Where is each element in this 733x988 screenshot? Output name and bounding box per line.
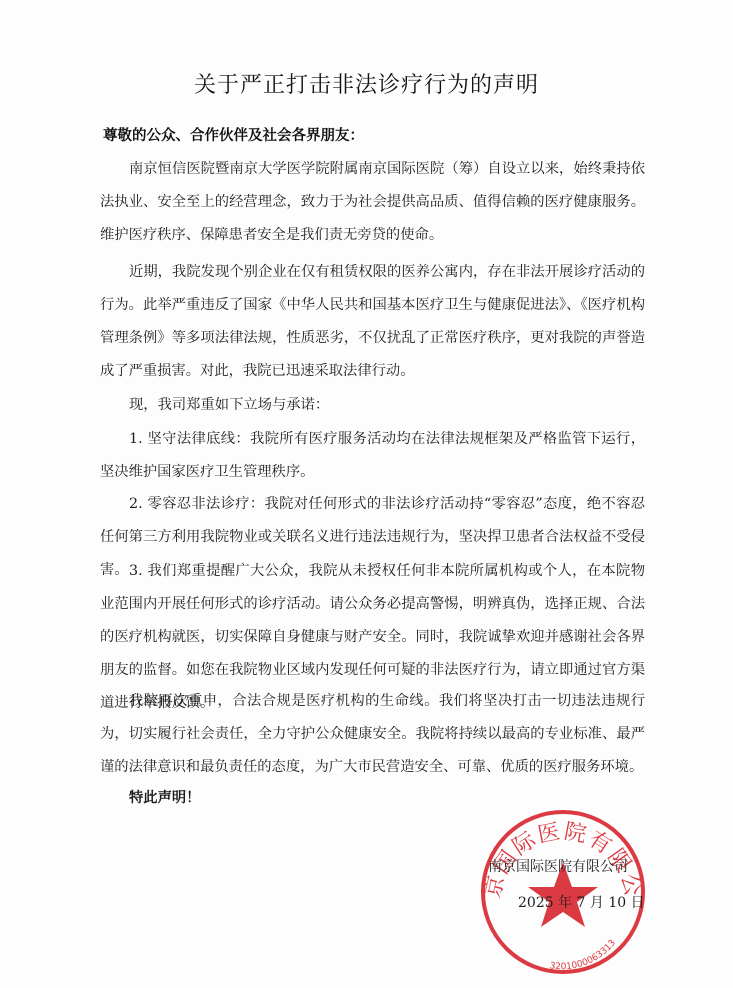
paragraph-incident: 近期，我院发现个别企业在仅有租赁权限的医养公寓内，存在非法开展诊疗活动的行为。此… xyxy=(100,256,645,388)
document-page: 关于严正打击非法诊疗行为的声明 尊敬的公众、合作伙伴及社会各界朋友： 南京恒信医… xyxy=(0,0,733,988)
salutation: 尊敬的公众、合作伙伴及社会各界朋友： xyxy=(103,124,364,145)
signature-company: 南京国际医院有限公司 xyxy=(488,856,628,876)
paragraph-reaffirm: 我院再次重申，合法合规是医疗机构的生命线。我们将坚决打击一切违法违规行为，切实履… xyxy=(100,685,645,784)
stamp-code: 3201000063313 xyxy=(549,938,618,972)
paragraph-point-1: 1. 坚守法律底线：我院所有医疗服务活动均在法律法规框架及严格监管下运行，坚决维… xyxy=(100,423,645,489)
document-title: 关于严正打击非法诊疗行为的声明 xyxy=(0,68,733,99)
paragraph-intro: 南京恒信医院暨南京大学医学院附属南京国际医院（筹）自设立以来，始终秉持依法执业、… xyxy=(100,153,645,252)
signature-date: 2025 年 7 月 10 日 xyxy=(518,892,645,912)
paragraph-position: 现，我司郑重如下立场与承诺： xyxy=(100,389,645,422)
svg-text:3201000063313: 3201000063313 xyxy=(549,938,618,972)
